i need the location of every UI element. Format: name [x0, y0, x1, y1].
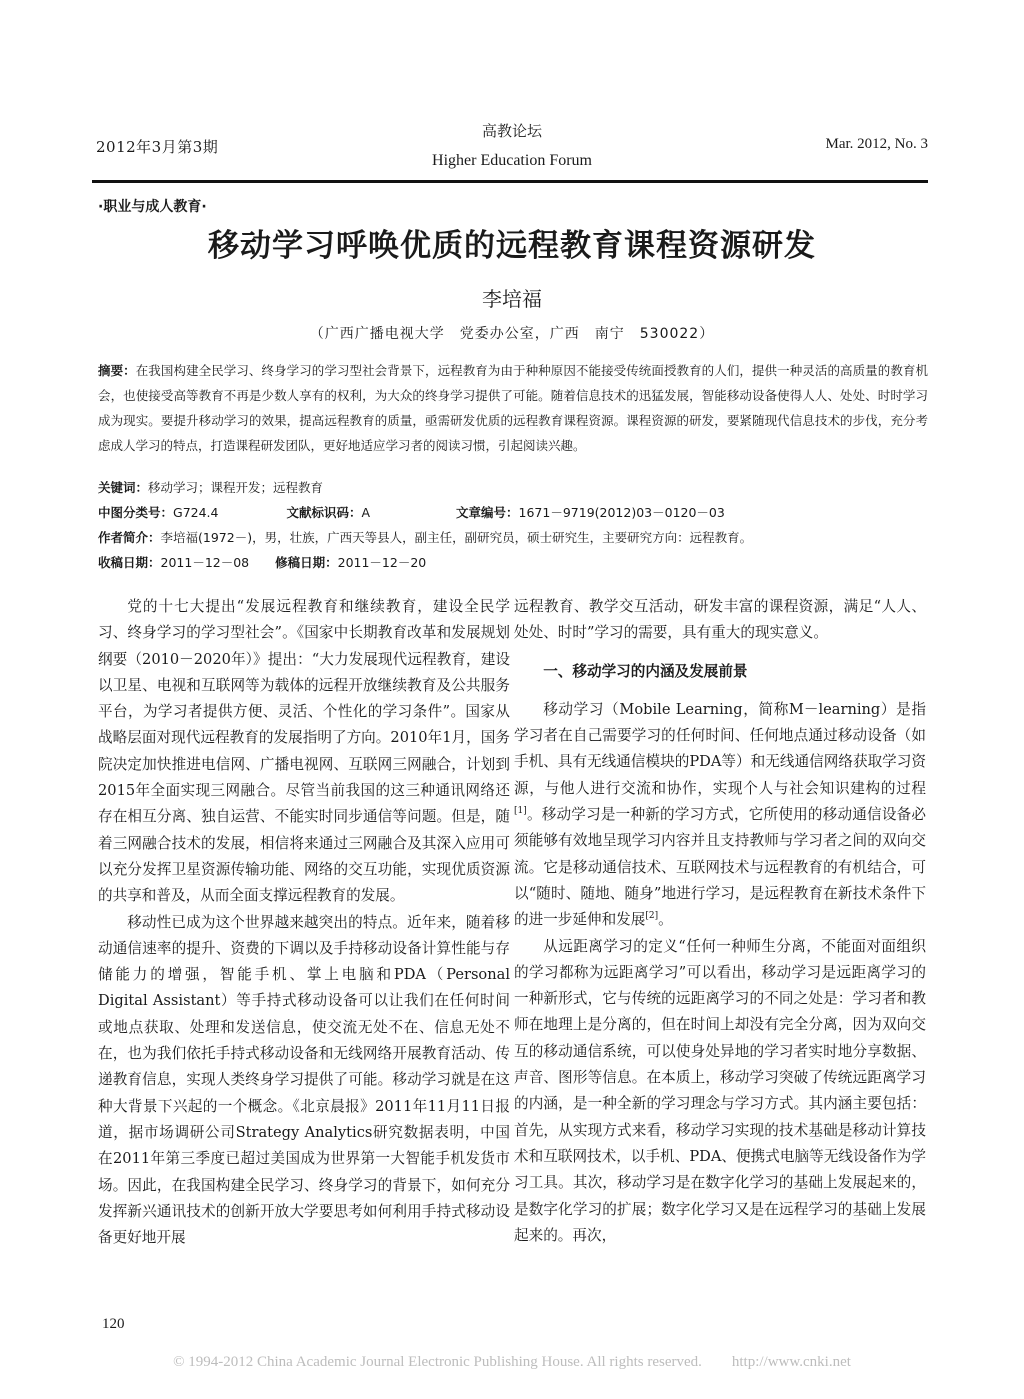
citation-ref[interactable]: [1]	[514, 806, 527, 816]
received-value: 2011－12－08	[161, 555, 250, 570]
page-number: 120	[102, 1316, 125, 1333]
paragraph: 移动学习（Mobile Learning，简称M－learning）是指学习者在…	[514, 697, 926, 934]
paragraph-text: 。	[658, 911, 673, 928]
doc-code-label: 文献标识码：	[286, 505, 361, 520]
header-rule	[92, 180, 928, 183]
article-no-label: 文章编号：	[456, 505, 519, 520]
received-label: 收稿日期：	[98, 555, 161, 570]
classification-line: 中图分类号：G724.4 文献标识码：A 文章编号：1671－9719(2012…	[98, 503, 725, 521]
revised-label: 修稿日期：	[275, 555, 338, 570]
author-name: 李培福	[0, 283, 1024, 312]
column-label: ·职业与成人教育·	[98, 196, 207, 216]
paragraph-text: 。移动学习是一种新的学习方式，它所使用的移动通信设备必须能够有效地呈现学习内容并…	[514, 806, 926, 928]
author-bio-label: 作者简介：	[98, 530, 161, 545]
paragraph: 远程教育、教学交互活动，研发丰富的课程资源，满足“人人、处处、时时”学习的需要，…	[514, 594, 926, 647]
paragraph: 党的十七大提出“发展远程教育和继续教育，建设全民学习、终身学习的学习型社会”。《…	[98, 594, 510, 910]
body-column-right: 远程教育、教学交互活动，研发丰富的课程资源，满足“人人、处处、时时”学习的需要，…	[514, 594, 926, 1249]
dates-line: 收稿日期：2011－12－08 修稿日期：2011－12－20	[98, 553, 426, 571]
clc-value: G724.4	[173, 505, 218, 520]
clc-label: 中图分类号：	[98, 505, 173, 520]
revised-value: 2011－12－20	[338, 555, 427, 570]
keywords-text: 移动学习；课程开发；远程教育	[148, 480, 323, 495]
issue-en: Mar. 2012, No. 3	[826, 136, 929, 153]
author-bio: 作者简介：李培福(1972－)，男，壮族，广西天等县人，副主任，副研究员，硕士研…	[98, 528, 752, 546]
section-heading: 一、移动学习的内涵及发展前景	[514, 659, 926, 685]
journal-title-en: Higher Education Forum	[0, 152, 1024, 170]
abstract-text: 在我国构建全民学习、终身学习的学习型社会背景下，远程教育为由于种种原因不能接受传…	[98, 363, 928, 453]
article-title: 移动学习呼唤优质的远程教育课程资源研发	[0, 220, 1024, 265]
article-no-value: 1671－9719(2012)03－0120－03	[519, 505, 725, 520]
paragraph: 从远距离学习的定义“任何一种师生分离，不能面对面组织的学习都称为远距离学习”可以…	[514, 934, 926, 1250]
author-bio-text: 李培福(1972－)，男，壮族，广西天等县人，副主任，副研究员，硕士研究生，主要…	[161, 530, 753, 545]
doc-code-value: A	[361, 505, 370, 520]
abstract-label: 摘要：	[98, 363, 136, 378]
keywords: 关键词：移动学习；课程开发；远程教育	[98, 478, 323, 496]
keywords-label: 关键词：	[98, 480, 148, 495]
copyright-footer: © 1994-2012 China Academic Journal Elect…	[0, 1350, 1024, 1371]
author-affiliation: （广西广播电视大学 党委办公室，广西 南宁 530022）	[0, 323, 1024, 343]
body-column-left: 党的十七大提出“发展远程教育和继续教育，建设全民学习、终身学习的学习型社会”。《…	[98, 594, 510, 1251]
paragraph-text: 移动学习（Mobile Learning，简称M－learning）是指学习者在…	[514, 701, 926, 797]
paragraph: 移动性已成为这个世界越来越突出的特点。近年来，随着移动通信速率的提升、资费的下调…	[98, 910, 510, 1252]
citation-ref[interactable]: [2]	[645, 911, 658, 921]
abstract: 摘要：在我国构建全民学习、终身学习的学习型社会背景下，远程教育为由于种种原因不能…	[98, 358, 928, 458]
